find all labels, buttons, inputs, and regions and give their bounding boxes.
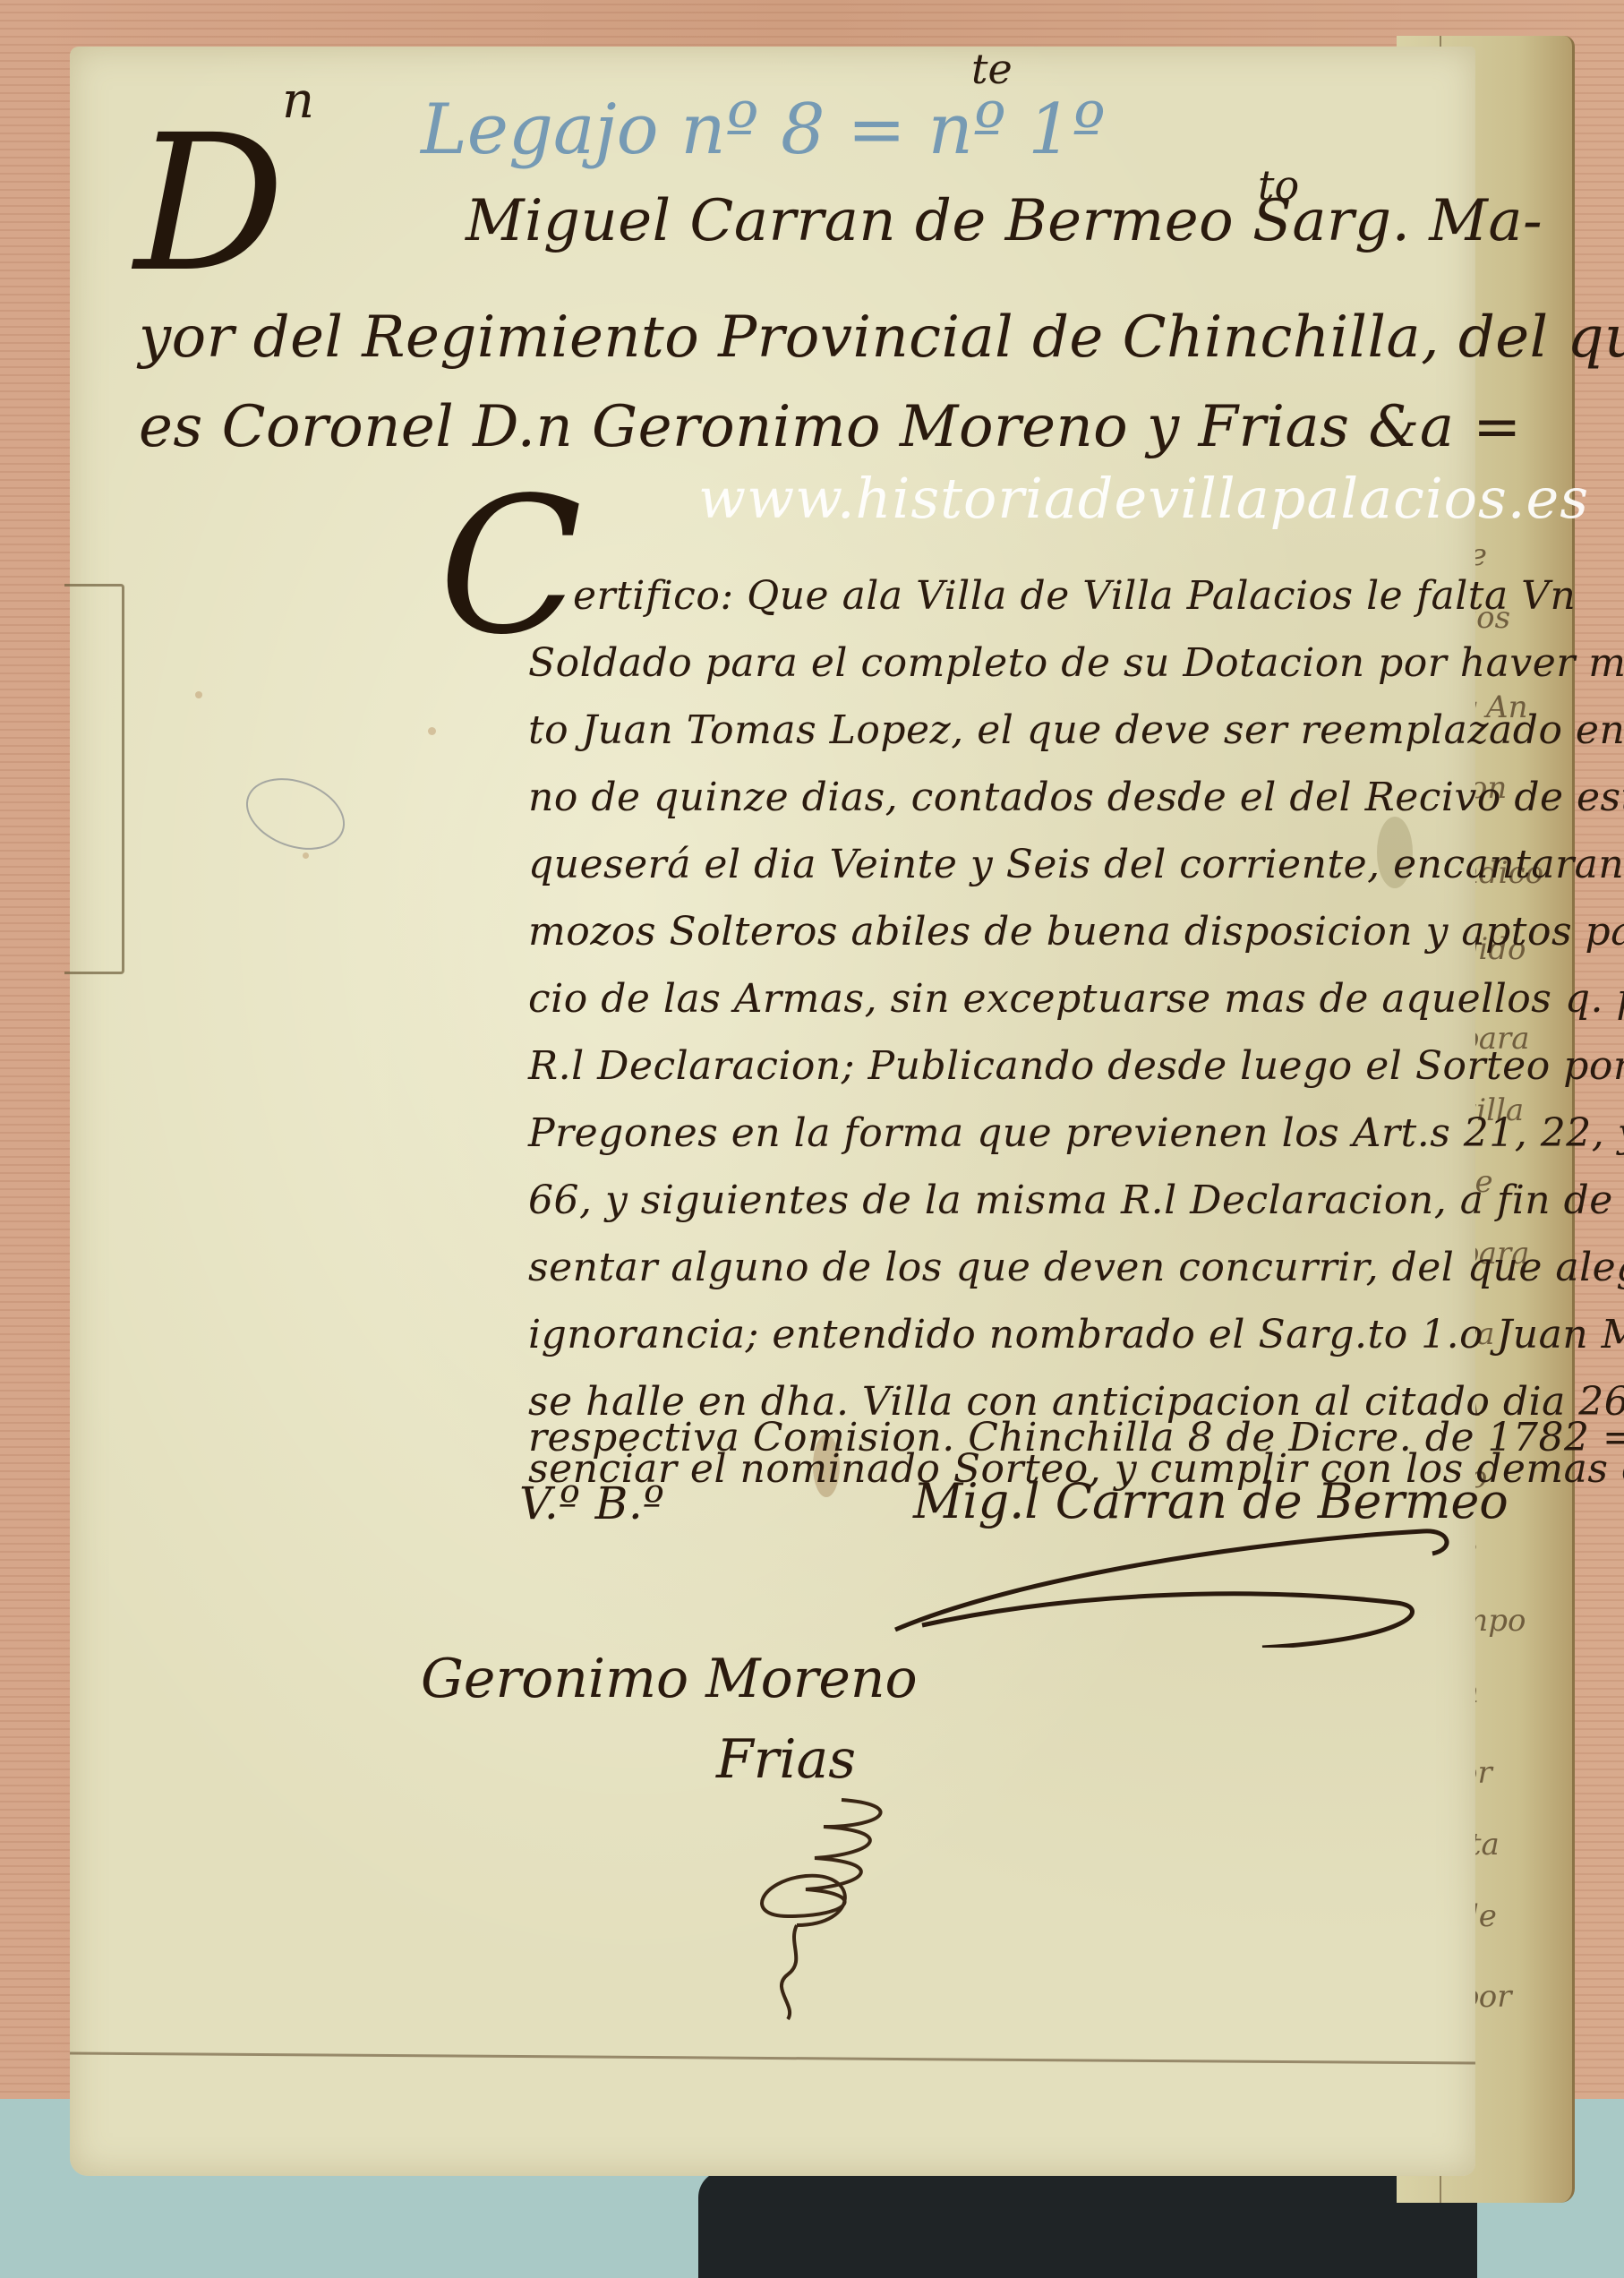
- signature-rubric: [734, 1791, 913, 2024]
- body-line: mozos Solteros abiles de buena disposici…: [528, 909, 1624, 955]
- body-line: to Juan Tomas Lopez, el que deve ser ree…: [528, 707, 1624, 753]
- foxing-spot: [195, 691, 202, 698]
- body-line: queserá el dia Veinte y Seis del corrien…: [528, 842, 1624, 887]
- body-line: R.l Declaracion; Publicando desde luego …: [528, 1043, 1624, 1089]
- header-line-2: yor del Regimiento Provincial de Chinchi…: [139, 304, 1624, 371]
- body-line: Pregones en la forma que previenen los A…: [528, 1110, 1624, 1156]
- signature-moreno-line2: Frias: [716, 1728, 856, 1791]
- signature-flourish: [886, 1522, 1459, 1648]
- body-line: Soldado para el completo de su Dotacion …: [528, 640, 1624, 686]
- dark-object-background: [698, 2171, 1477, 2278]
- body-line: ertifico: Que ala Villa de Villa Palacio…: [573, 573, 1576, 619]
- archival-note: Legajo nº 8 = nº 1º: [421, 90, 1106, 170]
- body-line: sentar alguno de los que deven concurrir…: [528, 1245, 1624, 1290]
- body-line: cio de las Armas, sin exceptuarse mas de…: [528, 976, 1624, 1022]
- pencil-oval-mark: [236, 766, 355, 863]
- signature-moreno-line1: Geronimo Moreno: [421, 1648, 918, 1710]
- fold-line: [70, 2052, 1475, 2065]
- header-line-1: Miguel Carran de Bermeo Sarg. Ma-: [466, 188, 1543, 254]
- binding-tab: [64, 584, 124, 974]
- body-line: 66, y siguientes de la misma R.l Declara…: [528, 1178, 1624, 1223]
- superscript-n: n: [282, 72, 314, 130]
- header-line-3: es Coronel D.n Geronimo Moreno y Frias &…: [139, 394, 1521, 460]
- foxing-spot: [428, 727, 436, 735]
- website-watermark: www.historiadevillapalacios.es: [698, 466, 1589, 531]
- foxing-spot: [303, 852, 309, 859]
- signature-carran-de-bermeo: Mig.l Carran de Bermeo: [913, 1473, 1509, 1529]
- superscript-te: te: [971, 45, 1013, 93]
- body-line-date: respectiva Comision. Chinchilla 8 de Dic…: [528, 1415, 1624, 1460]
- decorative-initial-D: D: [134, 94, 285, 313]
- visto-bueno-mark: V.º B.º: [519, 1477, 664, 1529]
- body-line: no de quinze dias, contados desde el del…: [528, 775, 1624, 820]
- body-line: ignorancia; entendido nombrado el Sarg.t…: [528, 1312, 1624, 1357]
